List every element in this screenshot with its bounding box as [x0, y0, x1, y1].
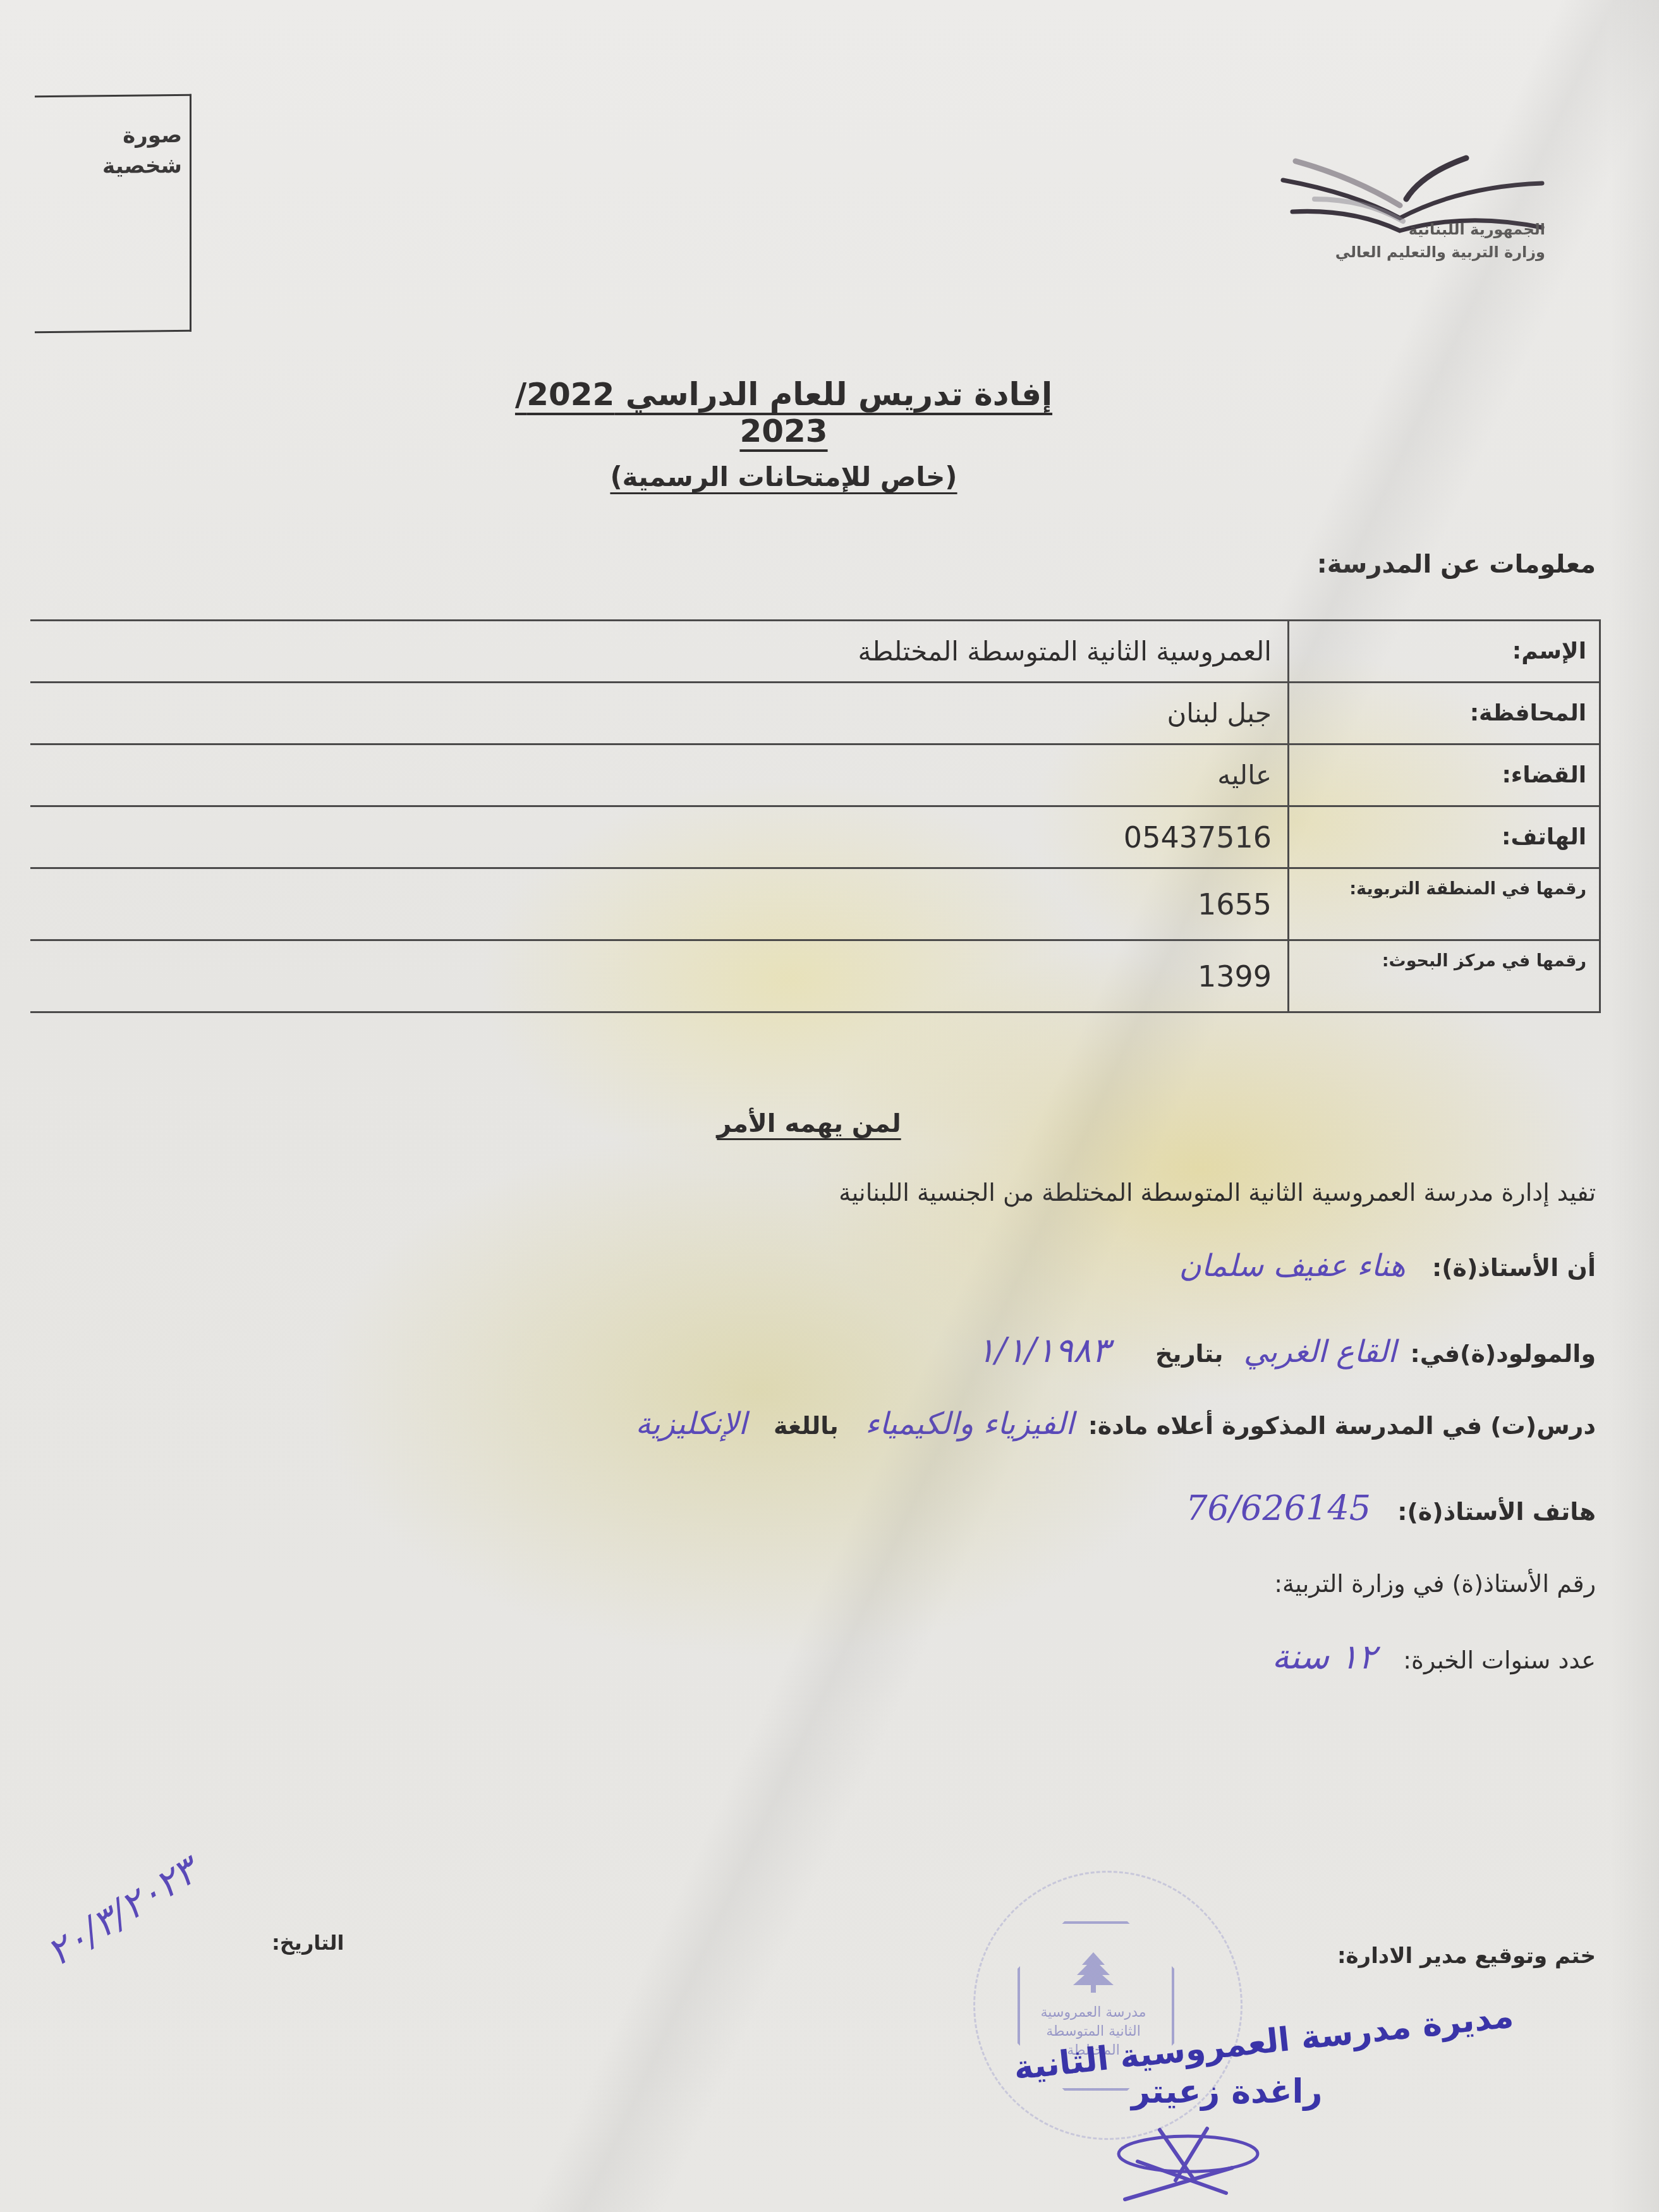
teacher-phone-label: هاتف الأستاذ(ة):	[1397, 1498, 1596, 1526]
birth-line: والمولود(ة)في: القاع الغربي بتاريخ ١/١/١…	[976, 1330, 1596, 1370]
school-info-table: الإسم: العمروسية الثانية المتوسطة المختل…	[30, 619, 1601, 1013]
cedar-tree-icon	[1068, 1950, 1119, 1994]
ministry-number-line: رقم الأستاذ(ة) في وزارة التربية:	[1255, 1564, 1596, 1600]
principal-name-stamp: راغدة زعيتر	[1131, 2073, 1322, 2111]
teacher-name-handwritten: هناء عفيف سلمان	[1179, 1248, 1406, 1284]
row-value: عاليه	[30, 744, 1289, 806]
row-value: 1655	[30, 868, 1289, 940]
row-label: المحافظة:	[1289, 683, 1600, 744]
logo-line-republic: الجمهورية اللبنانية	[1267, 218, 1545, 241]
row-label: الإسم:	[1289, 621, 1600, 683]
signature-label: ختم وتوقيع مدير الادارة:	[1337, 1943, 1596, 1969]
row-label: رقمها في المنطقة التربوية:	[1289, 868, 1600, 940]
language-handwritten: الإنكليزية	[635, 1406, 747, 1442]
signature-scribble-icon	[1100, 2124, 1264, 2212]
experience-label: عدد سنوات الخبرة:	[1403, 1646, 1596, 1674]
document-title: إفادة تدريس للعام الدراسي 2022/ 2023	[493, 376, 1074, 449]
subject-handwritten: الفيزياء والكيمياء	[865, 1406, 1074, 1442]
document-subtitle: (خاص للإمتحانات الرسمية)	[556, 461, 1011, 492]
row-value: 1399	[30, 940, 1289, 1012]
row-label: القضاء:	[1289, 744, 1600, 806]
table-row-name: الإسم: العمروسية الثانية المتوسطة المختل…	[30, 621, 1600, 683]
birth-date-handwritten: ١/١/١٩٨٣	[976, 1330, 1109, 1370]
table-row-phone: الهاتف: 05437516	[30, 806, 1600, 868]
born-in-handwritten: القاع الغربي	[1244, 1334, 1397, 1370]
subject-line: درس(ت) في المدرسة المذكورة أعلاه مادة: ا…	[635, 1406, 1596, 1442]
row-value: العمروسية الثانية المتوسطة المختلطة	[30, 621, 1289, 683]
language-label: باللغة	[774, 1412, 839, 1440]
row-value: 05437516	[30, 806, 1289, 868]
experience-line: عدد سنوات الخبرة: ١٢ سنة	[1272, 1637, 1596, 1677]
ministry-logo-text: الجمهورية اللبنانية وزارة التربية والتعل…	[1267, 218, 1545, 264]
table-row-governorate: المحافظة: جبل لبنان	[30, 683, 1600, 744]
school-info-heading: معلومات عن المدرسة:	[1317, 550, 1596, 579]
photo-box-label: صورة شخصية	[100, 120, 182, 181]
intro-text: تفيد إدارة مدرسة العمروسية الثانية المتو…	[839, 1179, 1596, 1206]
logo-line-ministry: وزارة التربية والتعليم العالي	[1267, 241, 1545, 264]
experience-handwritten: ١٢ سنة	[1272, 1637, 1376, 1677]
ministry-number-label: رقم الأستاذ(ة) في وزارة التربية:	[1274, 1570, 1596, 1598]
born-in-label: والمولود(ة)في:	[1411, 1340, 1596, 1368]
date-label: التاريخ:	[272, 1931, 344, 1955]
taught-label: درس(ت) في المدرسة المذكورة أعلاه مادة:	[1088, 1412, 1596, 1440]
table-row-district: القضاء: عاليه	[30, 744, 1600, 806]
photo-box: صورة شخصية	[35, 94, 191, 334]
teacher-line: أن الأستاذ(ة): هناء عفيف سلمان	[1179, 1248, 1596, 1284]
to-whom-heading: لمن يهمه الأمر	[664, 1109, 954, 1138]
teacher-phone-line: هاتف الأستاذ(ة): 76/626145	[1186, 1488, 1596, 1528]
teacher-label: أن الأستاذ(ة):	[1432, 1254, 1596, 1282]
teacher-phone-handwritten: 76/626145	[1186, 1488, 1371, 1528]
paper-background	[0, 0, 1659, 2212]
table-row-educational-zone-number: رقمها في المنطقة التربوية: 1655	[30, 868, 1600, 940]
row-label: رقمها في مركز البحوث:	[1289, 940, 1600, 1012]
table-row-research-center-number: رقمها في مركز البحوث: 1399	[30, 940, 1600, 1012]
intro-line: تفيد إدارة مدرسة العمروسية الثانية المتو…	[839, 1179, 1596, 1206]
birth-date-label: بتاريخ	[1155, 1340, 1224, 1368]
row-value: جبل لبنان	[30, 683, 1289, 744]
row-label: الهاتف:	[1289, 806, 1600, 868]
